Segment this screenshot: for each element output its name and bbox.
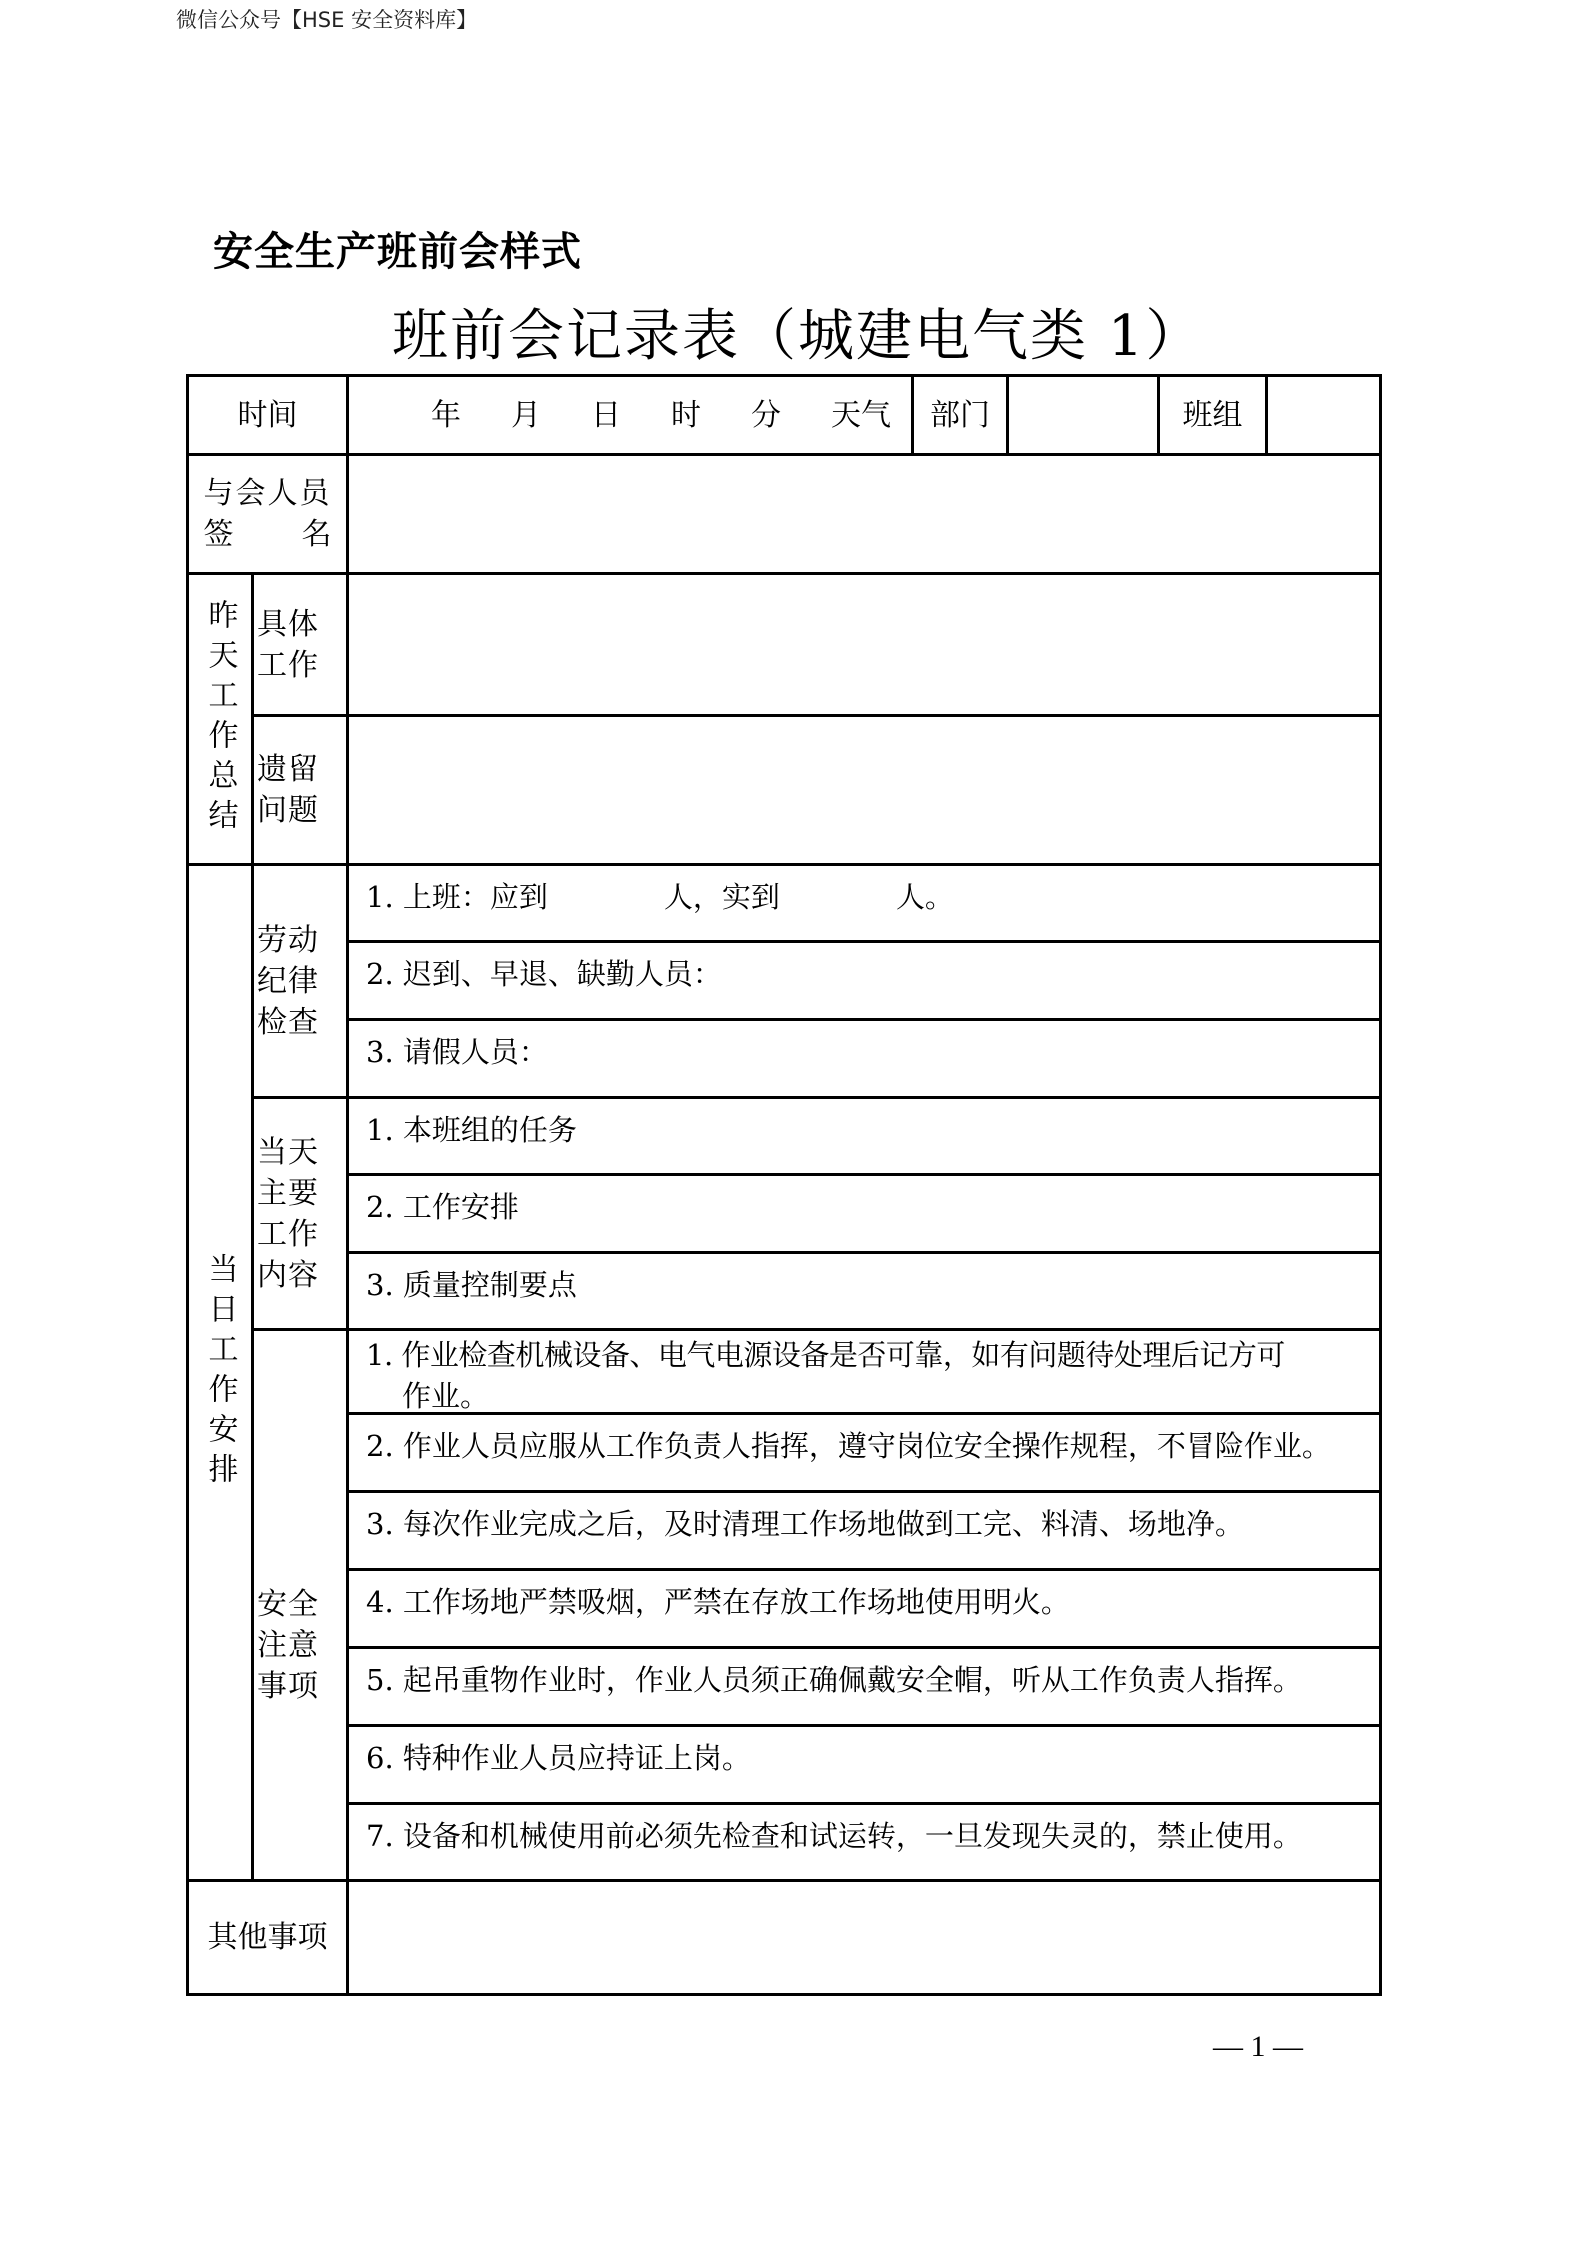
department-label: 部门 bbox=[914, 377, 1006, 453]
minute-unit: 分 bbox=[751, 395, 781, 436]
document-subtitle: 安全生产班前会样式 bbox=[213, 220, 582, 277]
safety-item-2: 2. 作业人员应服从工作负责人指挥，遵守岗位安全操作规程，不冒险作业。 bbox=[349, 1415, 1379, 1490]
attendees-signature-label: 与会人员 签 名 bbox=[189, 456, 346, 572]
watermark-text: 微信公众号【HSE 安全资料库】 bbox=[176, 4, 477, 34]
time-input[interactable]: 年 月 日 时 分 天气 bbox=[349, 377, 911, 453]
attendance-count-field[interactable]: 1. 上班：应到 人，实到 人。 bbox=[349, 866, 1379, 940]
day-unit: 日 bbox=[591, 395, 621, 436]
labor-discipline-label: 劳动纪律检查 bbox=[254, 866, 346, 1096]
remaining-issues-label: 遗留问题 bbox=[254, 717, 346, 863]
table-border-right bbox=[1379, 374, 1382, 1996]
specific-work-field[interactable] bbox=[349, 575, 1379, 714]
safety-item-4: 4. 工作场地严禁吸烟，严禁在存放工作场地使用明火。 bbox=[349, 1571, 1379, 1646]
name-char: 名 bbox=[302, 514, 332, 555]
quality-control-field[interactable]: 3. 质量控制要点 bbox=[349, 1254, 1379, 1328]
today-arrangement-label: 当日工作安排 bbox=[189, 866, 251, 1879]
weather-unit: 天气 bbox=[831, 395, 891, 436]
table-border-bottom bbox=[186, 1993, 1382, 1996]
work-arrangement-field[interactable]: 2. 工作安排 bbox=[349, 1176, 1379, 1251]
leave-personnel-field[interactable]: 3. 请假人员： bbox=[349, 1021, 1379, 1096]
page-title: 班前会记录表（城建电气类 1） bbox=[392, 292, 1203, 372]
safety-item-6: 6. 特种作业人员应持证上岗。 bbox=[349, 1727, 1379, 1802]
department-input[interactable] bbox=[1009, 377, 1157, 453]
safety-item-3: 3. 每次作业完成之后，及时清理工作场地做到工完、料清、场地净。 bbox=[349, 1493, 1379, 1568]
main-work-content-label: 当天主要工作内容 bbox=[254, 1099, 346, 1328]
page-number: — 1 — bbox=[1213, 2030, 1303, 2064]
team-label: 班组 bbox=[1160, 377, 1265, 453]
late-absent-field[interactable]: 2. 迟到、早退、缺勤人员： bbox=[349, 943, 1379, 1018]
other-matters-label: 其他事项 bbox=[189, 1882, 346, 1993]
safety-item-1-line1: 1. 作业检查机械设备、电气电源设备是否可靠，如有问题待处理后记方可 bbox=[366, 1335, 1285, 1376]
safety-item-7: 7. 设备和机械使用前必须先检查和试运转，一旦发现失灵的，禁止使用。 bbox=[349, 1805, 1379, 1879]
remaining-issues-field[interactable] bbox=[349, 717, 1379, 863]
attendees-label-line1: 与会人员 bbox=[204, 473, 332, 514]
team-task-field[interactable]: 1. 本班组的任务 bbox=[349, 1099, 1379, 1173]
month-unit: 月 bbox=[511, 395, 541, 436]
other-matters-field[interactable] bbox=[349, 1882, 1379, 1993]
team-input[interactable] bbox=[1268, 377, 1379, 453]
yesterday-summary-label: 昨天工作总结 bbox=[189, 575, 251, 863]
time-label: 时间 bbox=[189, 377, 346, 453]
hour-unit: 时 bbox=[671, 395, 701, 436]
safety-precautions-label: 安全注意事项 bbox=[254, 1331, 346, 1879]
safety-item-1: 1. 作业检查机械设备、电气电源设备是否可靠，如有问题待处理后记方可 作业。 bbox=[349, 1331, 1379, 1412]
attendees-signature-field[interactable] bbox=[349, 456, 1379, 572]
specific-work-label: 具体工作 bbox=[254, 575, 346, 714]
safety-item-5: 5. 起吊重物作业时，作业人员须正确佩戴安全帽，听从工作负责人指挥。 bbox=[349, 1649, 1379, 1724]
date-time-weather-units: 年 月 日 时 分 天气 bbox=[431, 395, 891, 436]
safety-item-1-line2: 作业。 bbox=[366, 1376, 1285, 1417]
sign-char: 签 bbox=[204, 514, 234, 555]
year-unit: 年 bbox=[431, 395, 461, 436]
